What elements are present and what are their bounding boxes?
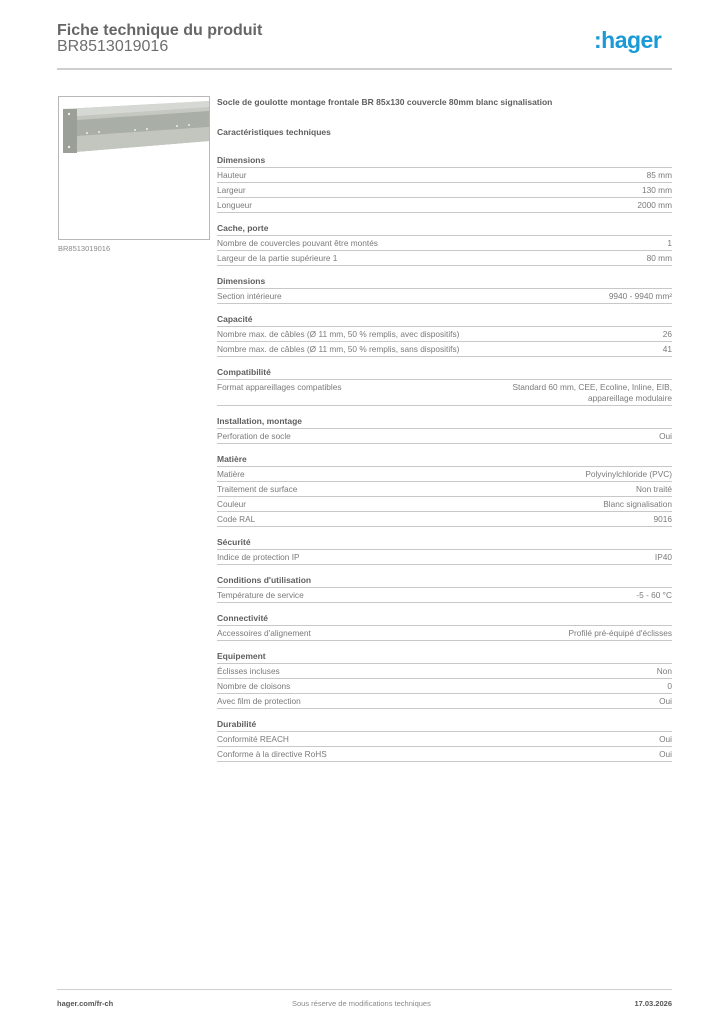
- specs-heading: Caractéristiques techniques: [217, 126, 672, 138]
- spec-row: Nombre de cloisons0: [217, 679, 672, 694]
- spec-row: Code RAL9016: [217, 512, 672, 527]
- spec-label: Hauteur: [217, 170, 247, 181]
- section-title: Durabilité: [217, 718, 672, 732]
- spec-row: Format appareillages compatiblesStandard…: [217, 380, 672, 406]
- spec-value: 26: [663, 329, 672, 340]
- spec-label: Largeur de la partie supérieure 1: [217, 253, 337, 264]
- section-title: Compatibilité: [217, 366, 672, 380]
- section-title: Sécurité: [217, 536, 672, 550]
- spec-value: Profilé pré-équipé d'éclisses: [568, 628, 672, 639]
- spec-value: 2000 mm: [637, 200, 672, 211]
- spec-row: Nombre max. de câbles (Ø 11 mm, 50 % rem…: [217, 327, 672, 342]
- product-reference: BR8513019016: [57, 38, 168, 56]
- section-title: Installation, montage: [217, 415, 672, 429]
- spec-row: Accessoires d'alignementProfilé pré-équi…: [217, 626, 672, 641]
- section-title: Matière: [217, 453, 672, 467]
- spec-row: Longueur2000 mm: [217, 198, 672, 213]
- spec-value: 1: [667, 238, 672, 249]
- section-title: Equipement: [217, 650, 672, 664]
- spec-label: Indice de protection IP: [217, 552, 300, 563]
- spec-row: Perforation de socleOui: [217, 429, 672, 444]
- spec-value: 41: [663, 344, 672, 355]
- spec-label: Couleur: [217, 499, 246, 510]
- spec-label: Longueur: [217, 200, 252, 211]
- spec-label: Perforation de socle: [217, 431, 291, 442]
- spec-value: 85 mm: [647, 170, 672, 181]
- spec-row: MatièrePolyvinylchloride (PVC): [217, 467, 672, 482]
- footer-divider: [57, 989, 672, 990]
- spec-section: DimensionsHauteur85 mmLargeur130 mmLongu…: [217, 154, 672, 213]
- footer-disclaimer: Sous réserve de modifications techniques: [292, 999, 431, 1008]
- spec-row: Avec film de protectionOui: [217, 694, 672, 709]
- spec-label: Nombre de couvercles pouvant être montés: [217, 238, 378, 249]
- spec-value: Oui: [659, 431, 672, 442]
- spec-row: Largeur130 mm: [217, 183, 672, 198]
- spec-value: Non traité: [636, 484, 672, 495]
- spec-value: Blanc signalisation: [603, 499, 672, 510]
- spec-label: Température de service: [217, 590, 304, 601]
- spec-row: Nombre de couvercles pouvant être montés…: [217, 236, 672, 251]
- spec-row: Température de service-5 - 60 °C: [217, 588, 672, 603]
- spec-section: DimensionsSection intérieure9940 - 9940 …: [217, 275, 672, 304]
- spec-value: Oui: [659, 734, 672, 745]
- section-title: Dimensions: [217, 154, 672, 168]
- spec-value: Oui: [659, 696, 672, 707]
- spec-section: Cache, porteNombre de couvercles pouvant…: [217, 222, 672, 266]
- spec-row: Nombre max. de câbles (Ø 11 mm, 50 % rem…: [217, 342, 672, 357]
- spec-row: Conforme à la directive RoHSOui: [217, 747, 672, 762]
- section-title: Dimensions: [217, 275, 672, 289]
- spec-label: Traitement de surface: [217, 484, 297, 495]
- spec-label: Conforme à la directive RoHS: [217, 749, 327, 760]
- spec-label: Nombre de cloisons: [217, 681, 290, 692]
- hager-logo: :hager: [594, 27, 661, 54]
- spec-label: Format appareillages compatibles: [217, 382, 342, 393]
- header-divider: [57, 68, 672, 70]
- spec-label: Largeur: [217, 185, 246, 196]
- image-caption: BR8513019016: [58, 244, 110, 253]
- product-description: Socle de goulotte montage frontale BR 85…: [217, 96, 672, 108]
- spec-section: Conditions d'utilisationTempérature de s…: [217, 574, 672, 603]
- spec-row: CouleurBlanc signalisation: [217, 497, 672, 512]
- cable-trunking-icon: [59, 97, 209, 239]
- spec-section: EquipementÉclisses inclusesNonNombre de …: [217, 650, 672, 709]
- section-title: Capacité: [217, 313, 672, 327]
- product-image: [58, 96, 210, 240]
- spec-value: -5 - 60 °C: [636, 590, 672, 601]
- spec-label: Accessoires d'alignement: [217, 628, 311, 639]
- spec-label: Matière: [217, 469, 245, 480]
- spec-label: Section intérieure: [217, 291, 282, 302]
- spec-section: CapacitéNombre max. de câbles (Ø 11 mm, …: [217, 313, 672, 357]
- spec-label: Avec film de protection: [217, 696, 301, 707]
- spec-label: Code RAL: [217, 514, 255, 525]
- spec-row: Indice de protection IPIP40: [217, 550, 672, 565]
- section-title: Connectivité: [217, 612, 672, 626]
- spec-section: SécuritéIndice de protection IPIP40: [217, 536, 672, 565]
- spec-sections: DimensionsHauteur85 mmLargeur130 mmLongu…: [217, 154, 672, 762]
- spec-value: Non: [657, 666, 672, 677]
- spec-label: Conformité REACH: [217, 734, 289, 745]
- section-title: Conditions d'utilisation: [217, 574, 672, 588]
- spec-label: Nombre max. de câbles (Ø 11 mm, 50 % rem…: [217, 344, 459, 355]
- spec-row: Conformité REACHOui: [217, 732, 672, 747]
- spec-label: Nombre max. de câbles (Ø 11 mm, 50 % rem…: [217, 329, 459, 340]
- spec-value: 80 mm: [647, 253, 672, 264]
- spec-content: Socle de goulotte montage frontale BR 85…: [217, 96, 672, 762]
- spec-value: 0: [667, 681, 672, 692]
- spec-section: Installation, montagePerforation de socl…: [217, 415, 672, 444]
- spec-value: IP40: [655, 552, 672, 563]
- footer-date: 17.03.2026: [634, 999, 672, 1008]
- spec-section: CompatibilitéFormat appareillages compat…: [217, 366, 672, 406]
- spec-section: MatièreMatièrePolyvinylchloride (PVC)Tra…: [217, 453, 672, 527]
- spec-value: 130 mm: [642, 185, 672, 196]
- spec-value: Standard 60 mm, CEE, Ecoline, Inline, EI…: [472, 382, 672, 404]
- spec-row: Hauteur85 mm: [217, 168, 672, 183]
- spec-value: 9940 - 9940 mm²: [609, 291, 672, 302]
- spec-value: 9016: [654, 514, 672, 525]
- spec-section: DurabilitéConformité REACHOuiConforme à …: [217, 718, 672, 762]
- spec-value: Oui: [659, 749, 672, 760]
- section-title: Cache, porte: [217, 222, 672, 236]
- footer-website[interactable]: hager.com/fr-ch: [57, 999, 113, 1008]
- spec-row: Traitement de surfaceNon traité: [217, 482, 672, 497]
- spec-row: Section intérieure9940 - 9940 mm²: [217, 289, 672, 304]
- spec-label: Éclisses incluses: [217, 666, 280, 677]
- spec-row: Largeur de la partie supérieure 180 mm: [217, 251, 672, 266]
- spec-row: Éclisses inclusesNon: [217, 664, 672, 679]
- spec-value: Polyvinylchloride (PVC): [585, 469, 672, 480]
- spec-section: ConnectivitéAccessoires d'alignementProf…: [217, 612, 672, 641]
